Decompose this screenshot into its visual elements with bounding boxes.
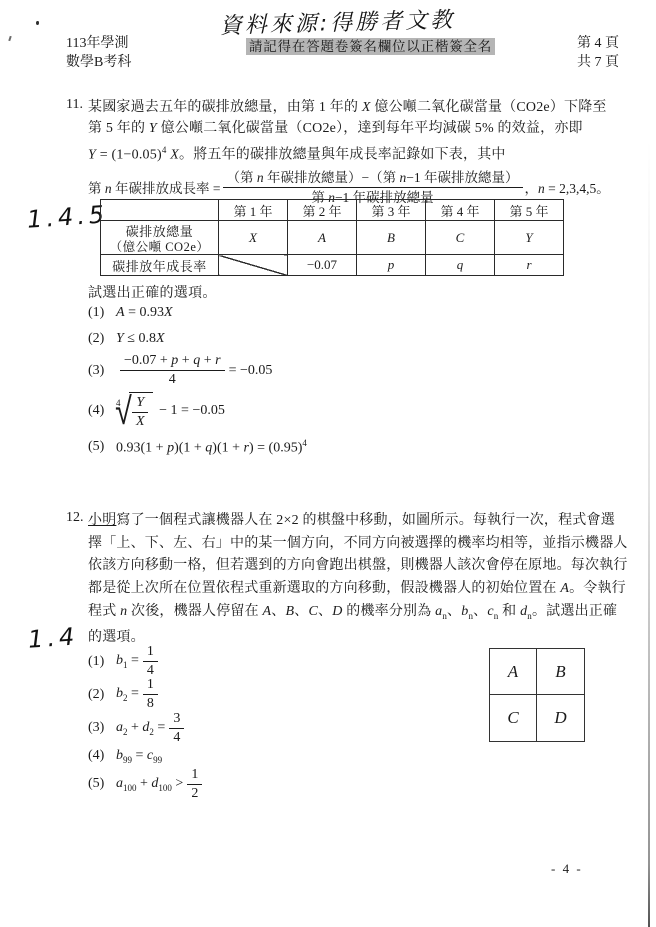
table-row-total-emissions: 碳排放總量 （億公噸 CO2e） X A B C Y [101, 221, 564, 255]
q12-options: (1) b1 = 1 4 (2) b2 = 1 8 (3) a2 + d2 = … [88, 645, 206, 801]
page-number-label: 第 4 頁 [577, 34, 619, 53]
table-header-row: 第 1 年 第 2 年 第 3 年 第 4 年 第 5 年 [101, 200, 564, 221]
q12-option-2: (2) b2 = 1 8 [88, 678, 206, 711]
q12-option-3: (3) a2 + d2 = 3 4 [88, 711, 206, 745]
q11-options: (1) A = 0.93X (2) Y ≤ 0.8X (3) −0.07 + p… [88, 300, 307, 461]
table-header-year1: 第 1 年 [219, 200, 288, 221]
formula-numerator: （第 n 年碳排放總量）−（第 n−1 年碳排放總量） [223, 169, 523, 188]
q11-option-3-fraction: −0.07 + p + q + r 4 [120, 353, 225, 388]
cell-growth-y2: −0.07 [288, 255, 357, 276]
handwritten-source-note: 資料來源:得勝者文教 [219, 3, 455, 40]
table-corner-cell [101, 200, 219, 221]
question-11-number: 11. [66, 97, 83, 113]
q11-option-4: (4) 4 √ Y X − 1 = −0.05 [88, 389, 307, 433]
table-header-year4: 第 4 年 [426, 200, 495, 221]
question-11-body: 某國家過去五年的碳排放總量，由第 1 年的 X 億公噸二氧化碳當量（CO2e）下… [88, 97, 600, 206]
cell-emissions-y1: X [219, 221, 288, 255]
signature-notice-banner: 請記得在答題卷簽名欄位以正楷簽全名 [246, 38, 495, 55]
question-12-number: 12. [66, 510, 84, 526]
scan-speck [36, 21, 39, 25]
exam-page-scan: 資料來源:得勝者文教 113年學測 數學B考科 請記得在答題卷簽名欄位以正楷簽全… [0, 0, 656, 927]
formula-condition: ，n = 2,3,4,5。 [525, 177, 610, 197]
q11-option-1: (1) A = 0.93X [88, 300, 307, 326]
q12-line-1: 小明寫了一個程式讓機器人在 2×2 的棋盤中移動，如圖所示。每執行一次，程式會選 [88, 510, 600, 533]
cell-growth-y1-diagonal [219, 255, 288, 276]
q11-line-2: 第 5 年的 Y 億公噸二氧化碳當量（CO2e），達到每年平均減碳 5% 的效益… [88, 118, 600, 139]
q12-line-3: 依該方向移動一格，但若選到的方向會跑出棋盤，則機器人該次會停在原地。每次執行 [88, 555, 600, 578]
q11-option-4-radical: 4 √ Y X [116, 392, 153, 430]
footer-page-number: - 4 - [551, 861, 583, 877]
cell-growth-y4: q [426, 255, 495, 276]
q11-option-2: (2) Y ≤ 0.8X [88, 326, 307, 352]
table-header-year2: 第 2 年 [288, 200, 357, 221]
q12-line-5: 程式 n 次後，機器人停留在 A、B、C、D 的機率分別為 an、bn、cn 和… [88, 601, 600, 628]
cell-growth-y5: r [495, 255, 564, 276]
scan-speck [8, 36, 11, 41]
board-cell-B: B [537, 649, 584, 695]
q12-option-1: (1) b1 = 1 4 [88, 645, 206, 678]
q11-line-3: Y = (1−0.05)4 X。將五年的碳排放總量與年成長率記錄如下表，其中 [88, 140, 600, 166]
header-right: 第 4 頁 共 7 頁 [577, 34, 619, 72]
q12-option-5: (5) a100 + d100 > 1 2 [88, 767, 206, 801]
q11-prompt: 試選出正確的選項。 [88, 282, 217, 302]
row-label-total-emissions: 碳排放總量 （億公噸 CO2e） [101, 221, 219, 255]
table-header-year3: 第 3 年 [357, 200, 426, 221]
table-header-year5: 第 5 年 [495, 200, 564, 221]
q12-line-4: 都是從上次所在位置依程式重新選取的方向移動，假設機器人的初始位置在 A。令執行 [88, 578, 600, 601]
cell-emissions-y3: B [357, 221, 426, 255]
emissions-table: 第 1 年 第 2 年 第 3 年 第 4 年 第 5 年 碳排放總量 （億公噸… [100, 199, 564, 276]
q11-line-1: 某國家過去五年的碳排放總量，由第 1 年的 X 億公噸二氧化碳當量（CO2e）下… [88, 97, 600, 118]
question-12: 12. 小明寫了一個程式讓機器人在 2×2 的棋盤中移動，如圖所示。每執行一次，… [66, 510, 600, 650]
q11-option-5: (5) 0.93(1 + p)(1 + q)(1 + r) = (0.95)4 [88, 433, 307, 461]
q12-option-4: (4) b99 = c99 [88, 745, 206, 767]
q12-line-2: 擇「上、下、左、右」中的某一個方向，不同方向被選擇的機率均相等，並指示機器人 [88, 533, 600, 556]
cell-emissions-y2: A [288, 221, 357, 255]
board-cell-A: A [490, 649, 537, 695]
robot-board-diagram: A B C D [489, 648, 585, 742]
cell-emissions-y5: Y [495, 221, 564, 255]
scan-edge-artifact [648, 140, 650, 927]
cell-emissions-y4: C [426, 221, 495, 255]
header-left: 113年學測 數學B考科 [66, 34, 131, 72]
board-cell-D: D [537, 695, 584, 741]
q11-option-3: (3) −0.07 + p + q + r 4 = −0.05 [88, 352, 307, 389]
subject-label: 數學B考科 [66, 53, 131, 72]
pages-total-label: 共 7 頁 [577, 53, 619, 72]
cell-growth-y3: p [357, 255, 426, 276]
formula-lhs: 第 n 年碳排放成長率 = [88, 177, 221, 197]
question-11: 11. 某國家過去五年的碳排放總量，由第 1 年的 X 億公噸二氧化碳當量（CO… [66, 97, 600, 206]
table-row-growth-rate: 碳排放年成長率 −0.07 p q r [101, 255, 564, 276]
board-cell-C: C [490, 695, 537, 741]
row-label-growth-rate: 碳排放年成長率 [101, 255, 219, 276]
exam-year-label: 113年學測 [66, 34, 131, 53]
question-12-body: 小明寫了一個程式讓機器人在 2×2 的棋盤中移動，如圖所示。每執行一次，程式會選… [88, 510, 600, 650]
